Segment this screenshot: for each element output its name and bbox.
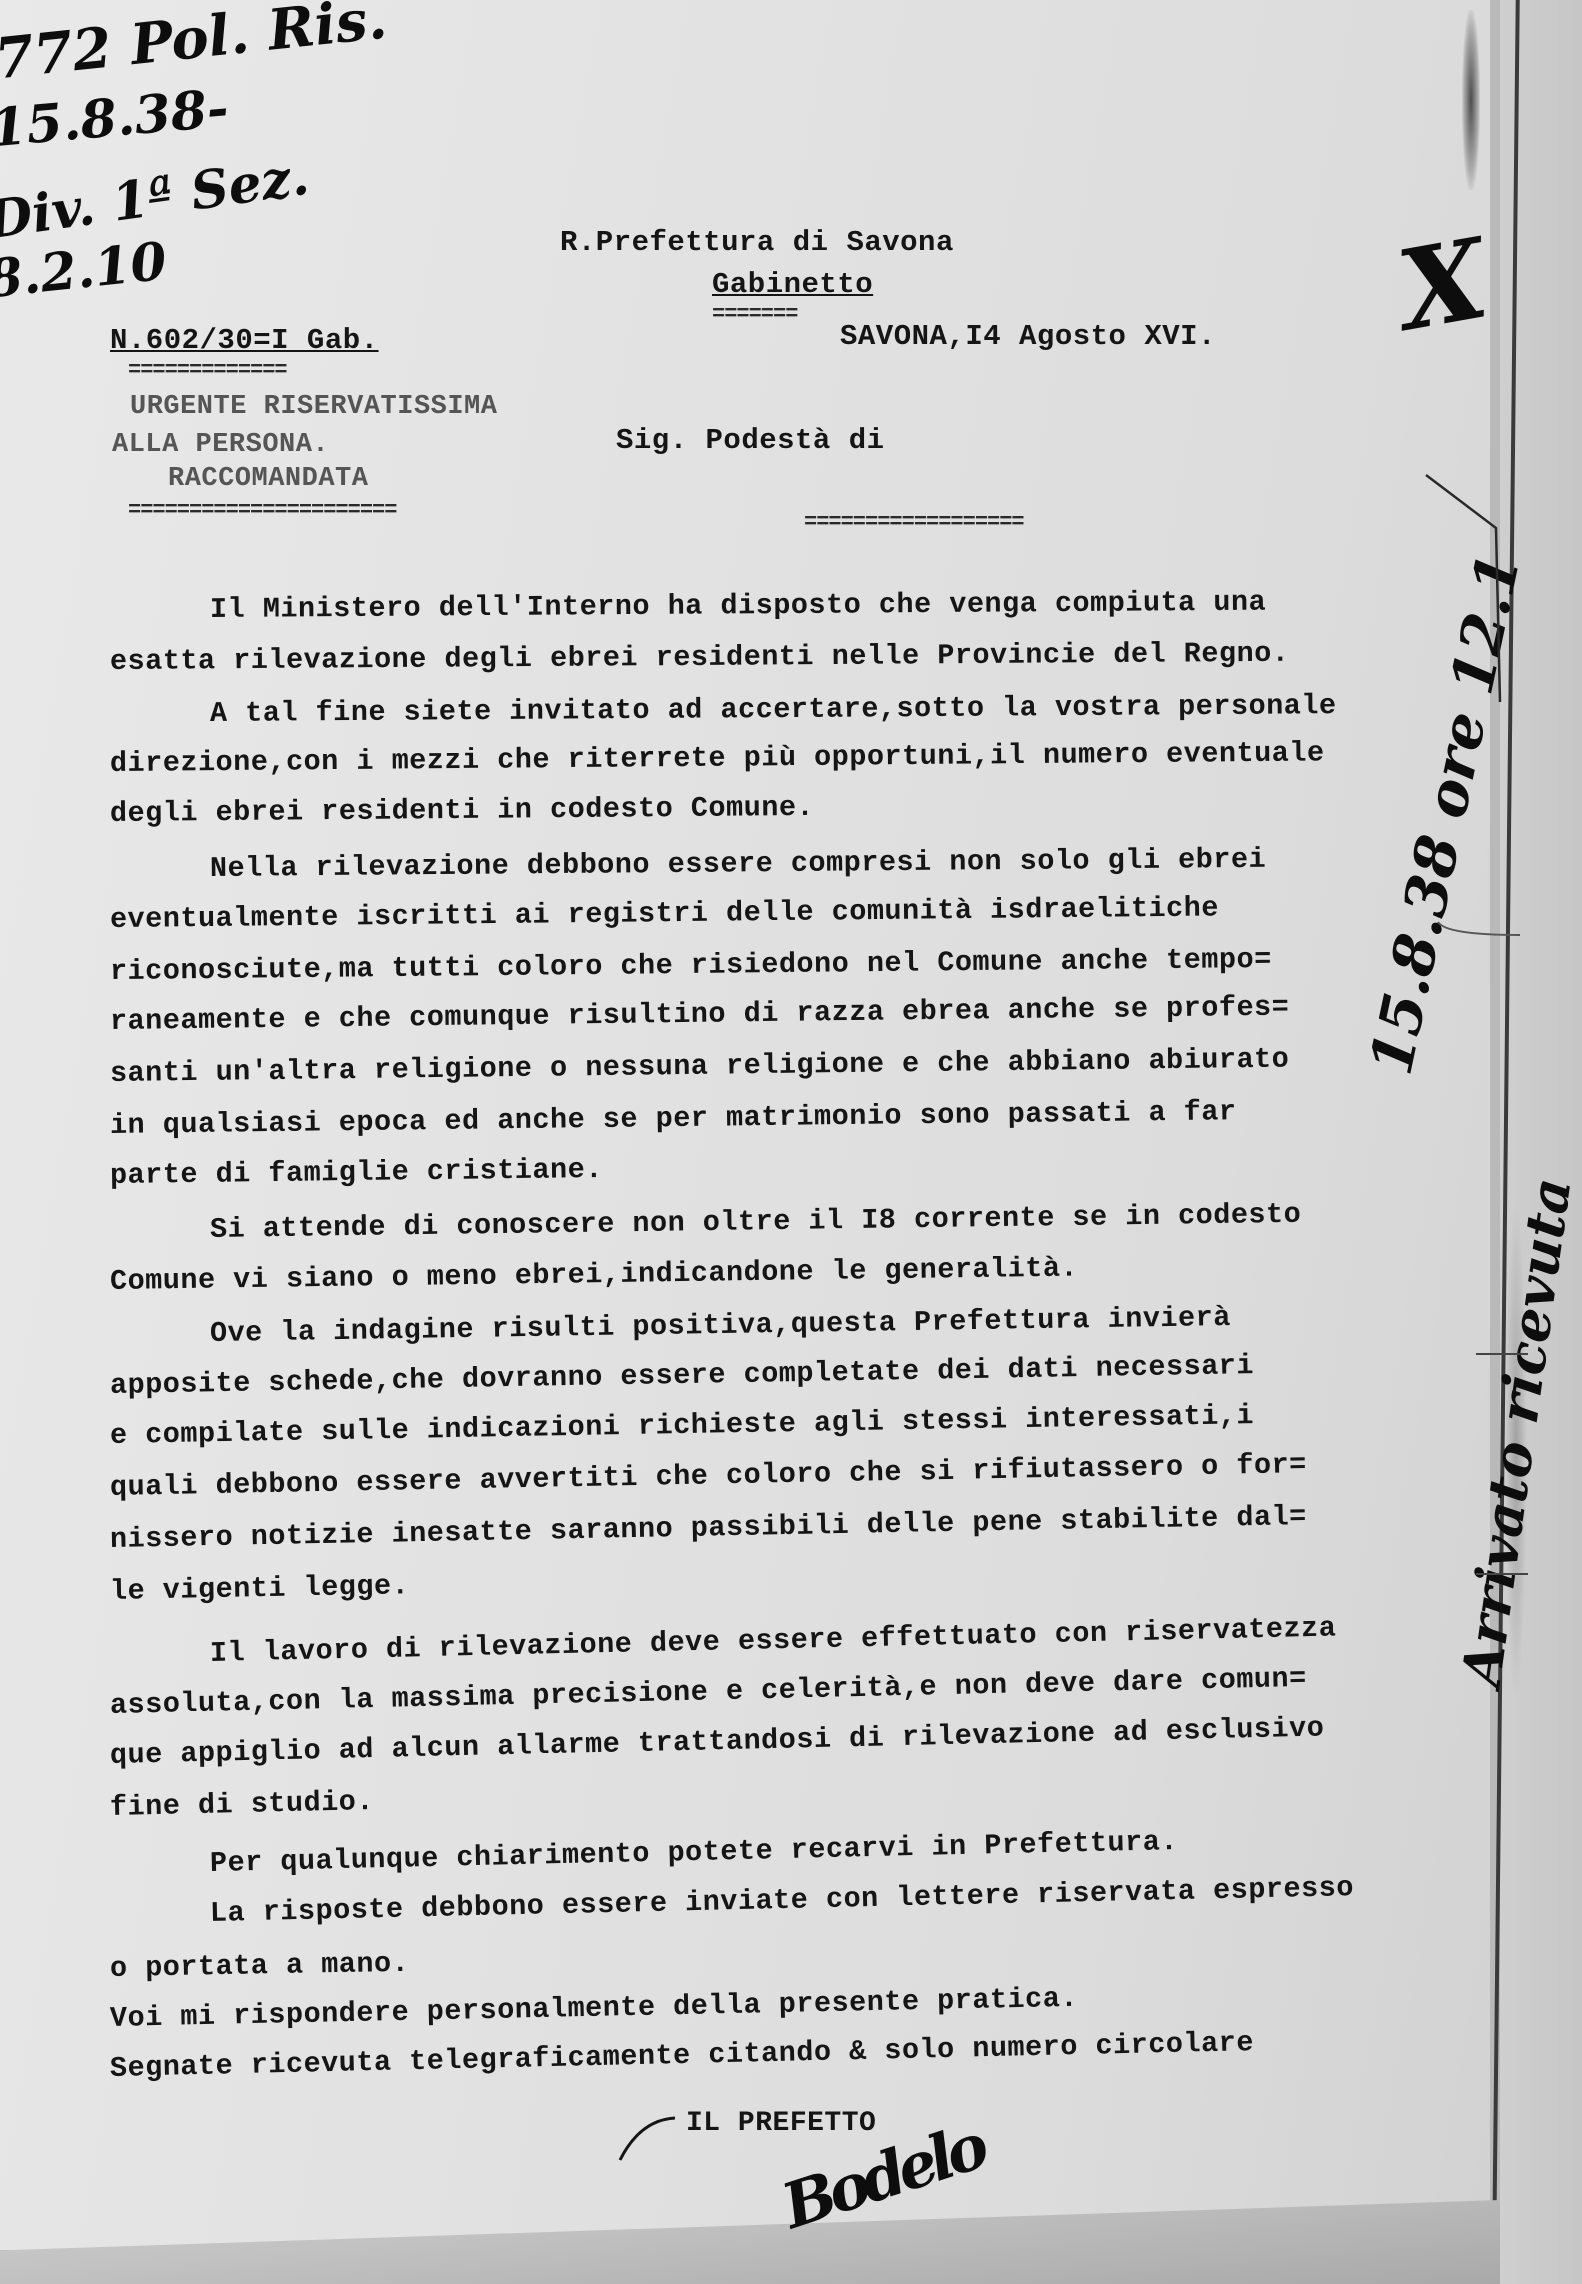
margin-bracket-marks — [0, 0, 1582, 2284]
